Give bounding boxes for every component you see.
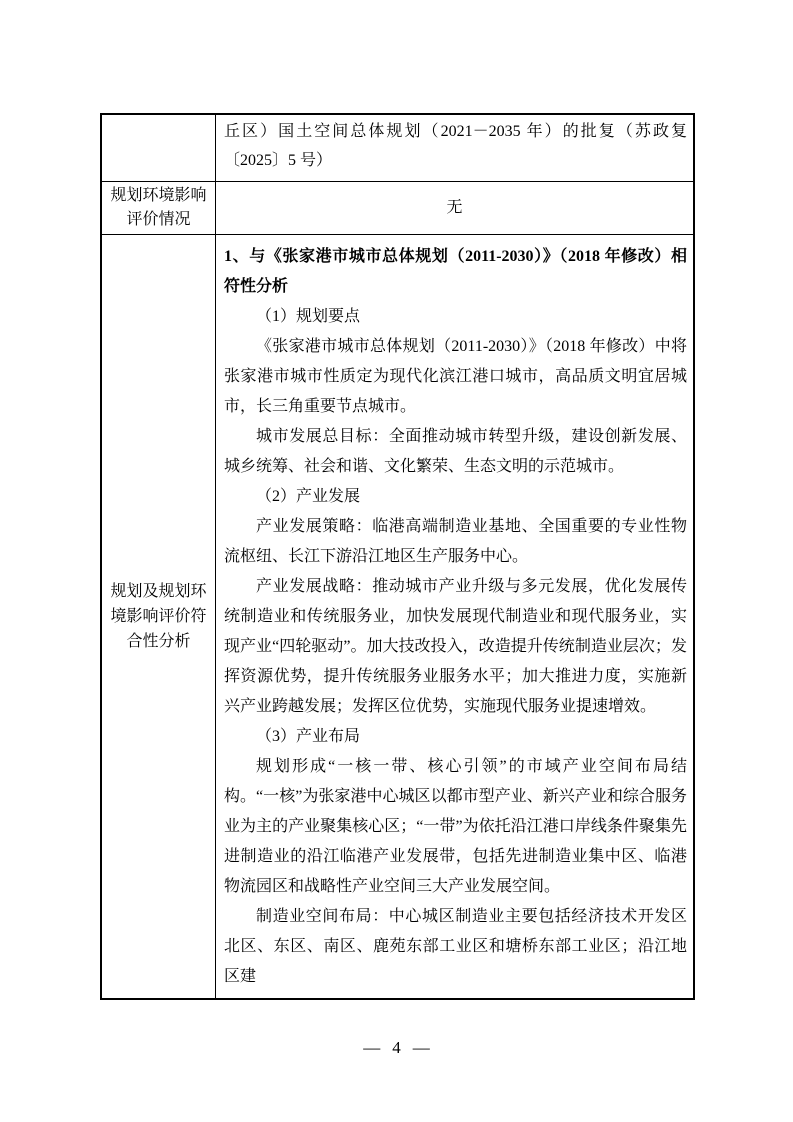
row-label-eia-status: 规划环境影响评价情况 xyxy=(102,182,216,234)
footer-dash-right: — xyxy=(413,1038,430,1057)
eia-status-value: 无 xyxy=(216,182,693,234)
table-row-compliance-analysis: 规划及规划环境影响评价符合性分析 1、与《张家港市城市总体规划（2011-203… xyxy=(102,234,693,998)
paragraph: 丘区）国土空间总体规划（2021－2035 年）的批复（苏政复〔2025〕5 号… xyxy=(224,117,687,175)
paragraph: 制造业空间布局：中心城区制造业主要包括经济技术开发区北区、东区、南区、鹿苑东部工… xyxy=(224,902,687,992)
paragraph: 城市发展总目标：全面推动城市转型升级，建设创新发展、城乡统筹、社会和谐、文化繁荣… xyxy=(224,422,687,482)
page-footer: —4— xyxy=(0,1035,793,1061)
document-page: 丘区）国土空间总体规划（2021－2035 年）的批复（苏政复〔2025〕5 号… xyxy=(0,0,793,1122)
table-row-eia-status: 规划环境影响评价情况 无 xyxy=(102,181,693,234)
page-number: 4 xyxy=(392,1038,401,1057)
row-label-compliance-analysis: 规划及规划环境影响评价符合性分析 xyxy=(102,235,216,998)
row-label-empty xyxy=(102,115,216,181)
paragraph: 《张家港市城市总体规划（2011-2030）》（2018 年修改）中将张家港市城… xyxy=(224,332,687,422)
paragraph: （2）产业发展 xyxy=(224,482,687,512)
paragraph: 产业发展战略：推动城市产业升级与多元发展，优化发展传统制造业和传统服务业，加快发… xyxy=(224,572,687,722)
continuation-text: 丘区）国土空间总体规划（2021－2035 年）的批复（苏政复〔2025〕5 号… xyxy=(216,115,693,181)
planning-compliance-table: 丘区）国土空间总体规划（2021－2035 年）的批复（苏政复〔2025〕5 号… xyxy=(100,113,695,1000)
compliance-heading: 1、与《张家港市城市总体规划（2011-2030）》（2018 年修改）相符性分… xyxy=(224,242,687,302)
table-row-continuation: 丘区）国土空间总体规划（2021－2035 年）的批复（苏政复〔2025〕5 号… xyxy=(102,115,693,181)
paragraph: 规划形成“一核一带、核心引领”的市域产业空间布局结构。“一核”为张家港中心城区以… xyxy=(224,752,687,902)
paragraph: （1）规划要点 xyxy=(224,302,687,332)
footer-dash-left: — xyxy=(363,1038,380,1057)
paragraph: 产业发展策略：临港高端制造业基地、全国重要的专业性物流枢纽、长江下游沿江地区生产… xyxy=(224,512,687,572)
paragraph: （3）产业布局 xyxy=(224,722,687,752)
compliance-analysis-content: 1、与《张家港市城市总体规划（2011-2030）》（2018 年修改）相符性分… xyxy=(216,235,693,998)
